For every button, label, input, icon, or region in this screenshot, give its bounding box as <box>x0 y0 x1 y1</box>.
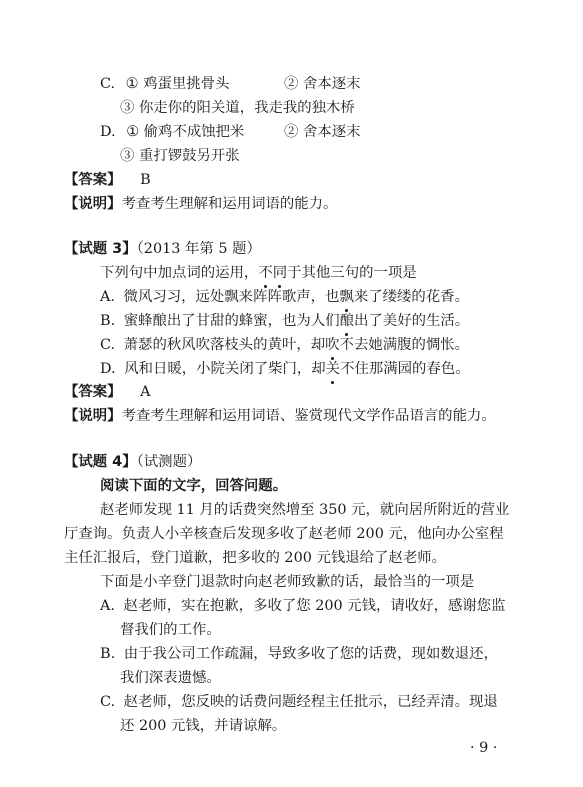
option-text: 由于我公司工作疏漏，导致多收了您的话费，现如数退还， <box>124 646 498 662</box>
question-title: 【试题 3】 <box>64 241 137 257</box>
option-letter: B. <box>100 313 115 329</box>
answer-value: A <box>140 384 150 400</box>
note-label: 【说明】 <box>64 196 122 212</box>
q2-option-d: D. ① 偷鸡不成蚀把米 <box>100 122 244 142</box>
note-text: 考查考生理解和运用词语、鉴赏现代文学作品语言的能力。 <box>122 408 496 424</box>
option-letter: C. <box>100 76 115 92</box>
q2-answer: 【答案】 B <box>64 170 151 190</box>
answer-label: 【答案】 <box>64 172 122 188</box>
option-text: 赵老师，实在抱歉，多收了您 200 元钱，请收好，感谢您监 <box>124 598 506 614</box>
q3-option-d: D. 风和日暖，小院关闭了柴门，却关不住那满园的春色。 <box>100 359 470 379</box>
answer-label: 【答案】 <box>64 384 122 400</box>
q3-note: 【说明】考查考生理解和运用词语、鉴赏现代文学作品语言的能力。 <box>64 406 496 426</box>
option-letter: D. <box>100 361 116 377</box>
emphasized-char: 不 <box>258 263 272 283</box>
q3-heading: 【试题 3】（2013 年第 5 题） <box>64 239 261 259</box>
q4-option-c: C. 赵老师，您反映的话费问题经程主任批示，已经弄清。现退 <box>100 692 498 712</box>
option-text: 不住那满园的春色。 <box>340 361 470 377</box>
q3-option-a: A. 微风习习，远处飘来阵阵歌声，也飘来了缕缕的花香。 <box>100 287 469 307</box>
q2-option-d-item-3: ③ 重打锣鼓另开张 <box>120 146 240 166</box>
question-source: （试测题） <box>137 454 202 470</box>
question-source: （2013 年第 5 题） <box>137 241 261 257</box>
emphasized-char: 同 <box>273 263 287 283</box>
option-letter: C. <box>100 337 115 353</box>
emphasized-char: 吹 <box>325 335 339 355</box>
option-text: 出了美好的生活。 <box>354 313 469 329</box>
q4-heading: 【试题 4】（试测题） <box>64 452 201 472</box>
option-text: 来了缕缕的花香。 <box>354 289 469 305</box>
option-letter: D. <box>100 124 116 140</box>
q4-option-a: A. 赵老师，实在抱歉，多收了您 200 元钱，请收好，感谢您监 <box>100 596 506 616</box>
page-number: · 9 · <box>470 740 497 756</box>
q4-passage-line-1: 赵老师发现 11 月的话费突然增至 350 元，就向居所附近的营业 <box>100 500 509 520</box>
option-item-1: ① 偷鸡不成蚀把米 <box>126 124 244 140</box>
stem-text: 下列句中加点词的运用， <box>100 265 258 281</box>
q4-option-c-cont: 还 200 元钱，并请谅解。 <box>120 716 286 736</box>
q2-option-d-item-2: ② 舍本逐末 <box>284 122 361 142</box>
emphasized-char: 关 <box>326 359 340 379</box>
q4-passage-line-3: 主任汇报后，登门道歉，把多收的 200 元钱退给了赵老师。 <box>64 548 446 568</box>
stem-text: 于其他三句的一项是 <box>287 265 417 281</box>
note-label: 【说明】 <box>64 408 122 424</box>
q4-passage-line-2: 厅查询。负责人小辛核查后发现多收了赵老师 200 元，他向办公室程 <box>64 524 504 544</box>
option-letter: A. <box>100 598 115 614</box>
option-item-1: ① 鸡蛋里挑骨头 <box>126 76 230 92</box>
option-text: 萧瑟的秋风吹落枝头的黄叶，却 <box>124 337 325 353</box>
option-text: 风和日暖，小院关闭了柴门，却 <box>124 361 325 377</box>
q4-question: 下面是小辛登门退款时向赵老师致歉的话，最恰当的一项是 <box>100 572 474 592</box>
answer-value: B <box>140 172 151 188</box>
q2-option-c-item-3: ③ 你走你的阳关道，我走我的独木桥 <box>120 98 355 118</box>
q3-stem: 下列句中加点词的运用，不同于其他三句的一项是 <box>100 263 417 283</box>
emphasized-char: 酿 <box>340 311 354 331</box>
note-text: 考查考生理解和运用词语的能力。 <box>122 196 338 212</box>
option-text: 蜜蜂酿出了甘甜的蜂蜜，也为人们 <box>124 313 340 329</box>
q4-option-b-cont: 我们深表遗憾。 <box>120 668 221 688</box>
q3-answer: 【答案】 A <box>64 382 151 402</box>
q4-option-b: B. 由于我公司工作疏漏，导致多收了您的话费，现如数退还， <box>100 644 498 664</box>
option-letter: C. <box>100 694 115 710</box>
option-letter: A. <box>100 289 115 305</box>
option-letter: B. <box>100 646 115 662</box>
q3-option-b: B. 蜜蜂酿出了甘甜的蜂蜜，也为人们酿出了美好的生活。 <box>100 311 469 331</box>
question-title: 【试题 4】 <box>64 454 137 470</box>
option-text: 赵老师，您反映的话费问题经程主任批示，已经弄清。现退 <box>124 694 498 710</box>
q2-note: 【说明】考查考生理解和运用词语的能力。 <box>64 194 337 214</box>
q2-option-c: C. ① 鸡蛋里挑骨头 <box>100 74 229 94</box>
option-text: 不去她满腹的惆怅。 <box>340 337 470 353</box>
option-text: 微风习习，远处飘来阵阵歌声，也 <box>124 289 340 305</box>
emphasized-char: 飘 <box>339 287 353 307</box>
q4-instruction: 阅读下面的文字，回答问题。 <box>100 476 287 496</box>
q4-option-a-cont: 督我们的工作。 <box>120 620 221 640</box>
q2-option-c-item-2: ② 舍本逐末 <box>284 74 361 94</box>
q3-option-c: C. 萧瑟的秋风吹落枝头的黄叶，却吹不去她满腹的惆怅。 <box>100 335 469 355</box>
